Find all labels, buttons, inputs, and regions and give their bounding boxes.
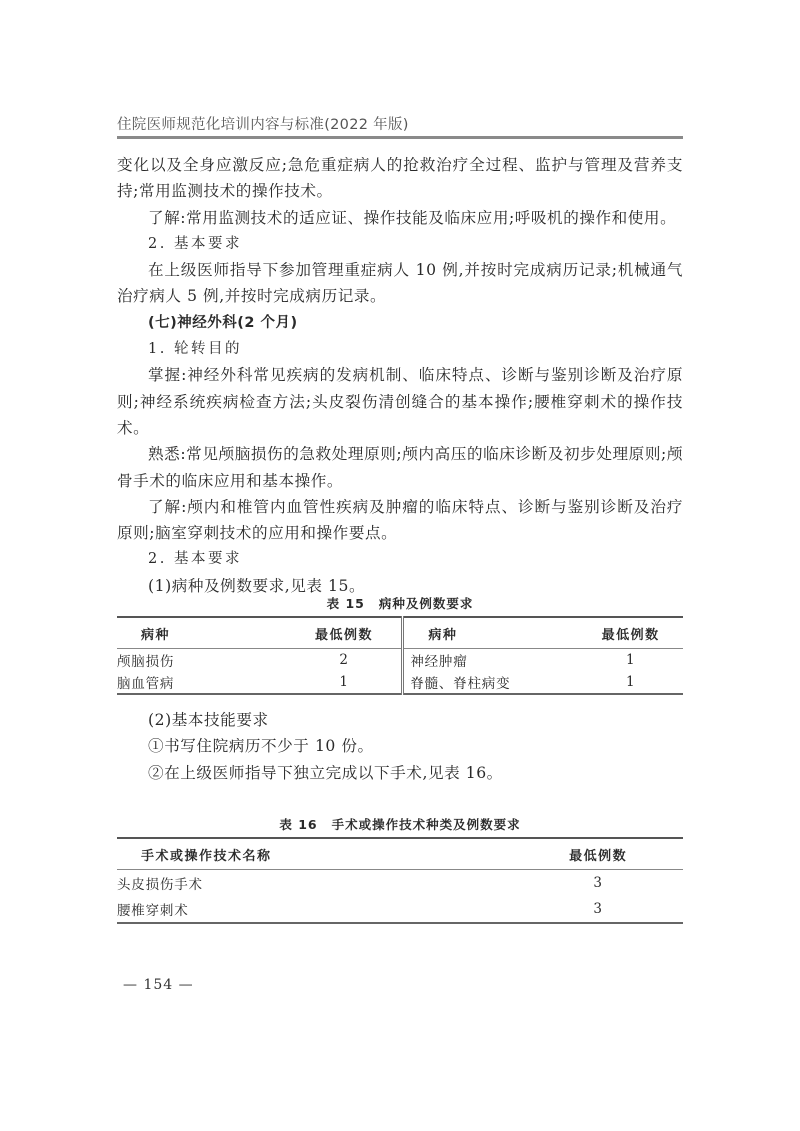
table-row: 脑血管病 1 脊髓、脊柱病变 1 xyxy=(117,671,683,694)
table15-header-min-cases-2: 最低例数 xyxy=(578,617,683,649)
table15-label: 表 15 xyxy=(327,596,365,611)
page-number: — 154 — xyxy=(123,977,194,993)
table15-header-disease: 病种 xyxy=(117,617,287,649)
after-tables-text: (2)基本技能要求 ①书写住院病历不少于 10 份。 ②在上级医师指导下独立完成… xyxy=(117,707,683,786)
table15-header-min-cases: 最低例数 xyxy=(287,617,403,649)
paragraph-skill-2: ②在上级医师指导下独立完成以下手术,见表 16。 xyxy=(117,760,683,786)
table-row: 腰椎穿刺术 3 xyxy=(117,896,683,923)
paragraph-skill-requirements: (2)基本技能要求 xyxy=(117,707,683,733)
heading-basic-requirements-icu: 2. 基本要求 xyxy=(117,231,683,257)
table16-caption: 表 16手术或操作技术种类及例数要求 xyxy=(117,815,683,833)
table15-caption: 表 15病种及例数要求 xyxy=(117,594,683,612)
table15: 病种 最低例数 病种 最低例数 颅脑损伤 2 神经肿瘤 1 脑血管病 1 脊髓、… xyxy=(117,616,683,695)
table16-label: 表 16 xyxy=(279,817,317,832)
table15-title: 病种及例数要求 xyxy=(379,596,474,611)
table-row: 颅脑损伤 2 神经肿瘤 1 xyxy=(117,649,683,672)
paragraph-continued: 变化以及全身应激反应;急危重症病人的抢救治疗全过程、监护与管理及营养支持;常用监… xyxy=(117,152,683,205)
running-header: 住院医师规范化培训内容与标准(2022 年版) xyxy=(117,113,409,134)
table-row: 头皮损伤手术 3 xyxy=(117,870,683,897)
paragraph-understand-icu: 了解:常用监测技术的适应证、操作技能及临床应用;呼吸机的操作和使用。 xyxy=(117,205,683,231)
section-heading-neurosurgery: (七)神经外科(2 个月) xyxy=(117,310,683,336)
paragraph-familiar: 熟悉:常见颅脑损伤的急救处理原则;颅内高压的临床诊断及初步处理原则;颅骨手术的临… xyxy=(117,441,683,494)
paragraph-understand: 了解:颅内和椎管内血管性疾病及肿瘤的临床特点、诊断与鉴别诊断及治疗原则;脑室穿刺… xyxy=(117,494,683,547)
table16-header-procedure: 手术或操作技术名称 xyxy=(117,838,513,870)
paragraph-skill-1: ①书写住院病历不少于 10 份。 xyxy=(117,733,683,759)
paragraph-basic-requirements-icu: 在上级医师指导下参加管理重症病人 10 例,并按时完成病历记录;机械通气治疗病人… xyxy=(117,257,683,310)
table16-header-row: 手术或操作技术名称 最低例数 xyxy=(117,838,683,870)
header-rule xyxy=(117,136,683,139)
table16: 手术或操作技术名称 最低例数 头皮损伤手术 3 腰椎穿刺术 3 xyxy=(117,837,683,924)
heading-rotation-goal: 1. 轮转目的 xyxy=(117,336,683,362)
table15-header-row: 病种 最低例数 病种 最低例数 xyxy=(117,617,683,649)
table16-header-min-cases: 最低例数 xyxy=(513,838,683,870)
paragraph-master: 掌握:神经外科常见疾病的发病机制、临床特点、诊断与鉴别诊断及治疗原则;神经系统疾… xyxy=(117,362,683,441)
table15-header-disease-2: 病种 xyxy=(403,617,578,649)
table16-title: 手术或操作技术种类及例数要求 xyxy=(332,817,521,832)
body-text: 变化以及全身应激反应;急危重症病人的抢救治疗全过程、监护与管理及营养支持;常用监… xyxy=(117,152,683,599)
heading-basic-requirements: 2. 基本要求 xyxy=(117,546,683,572)
